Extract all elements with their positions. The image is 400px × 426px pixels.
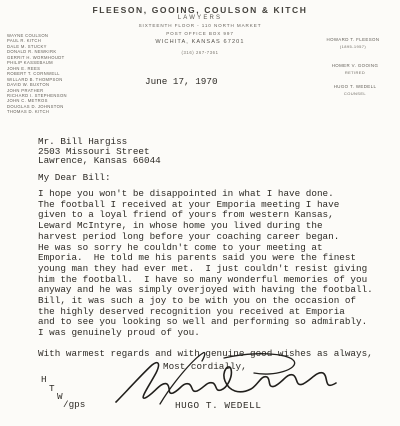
typist-initials: /gps — [63, 399, 85, 410]
reference-initial-w: W — [57, 391, 63, 402]
reference-initial-h: H — [41, 374, 47, 385]
letter-date: June 17, 1970 — [145, 77, 218, 88]
reference-initial-t: T — [49, 383, 55, 394]
firm-subtitle: LAWYERS — [0, 15, 400, 21]
notable-gooing: HOMER V. GOOING RETIRED — [312, 63, 398, 75]
attorney-roster: WAYNE COULSON PAUL R. KITCH DALE M. STUC… — [7, 33, 97, 115]
recipient-address: Mr. Bill Hargiss 2503 Missouri Street La… — [38, 137, 161, 166]
notable-wedell: HUGO T. WEDELL COUNSEL — [312, 84, 398, 96]
notable-note: RETIRED — [312, 70, 398, 75]
notable-name: HUGO T. WEDELL — [312, 84, 398, 89]
notable-note: COUNSEL — [312, 91, 398, 96]
notable-name: HOWARD T. FLEESON — [310, 37, 396, 42]
body-paragraph-1: I hope you won't be disappointed in what… — [38, 189, 383, 296]
notable-fleeson: HOWARD T. FLEESON (1895-1957) — [310, 37, 396, 49]
notable-name: HOMER V. GOOING — [312, 63, 398, 68]
typed-signer-name: HUGO T. WEDELL — [175, 401, 262, 412]
salutation: My Dear Bill: — [38, 173, 111, 184]
letter-page: FLEESON, GOOING, COULSON & KITCH LAWYERS… — [0, 0, 400, 426]
firm-name: FLEESON, GOOING, COULSON & KITCH — [0, 5, 400, 15]
notable-note: (1895-1957) — [310, 44, 396, 49]
firm-address-line1: SIXTEENTH FLOOR - 110 NORTH MARKET — [0, 23, 400, 28]
body-paragraph-2: Bill, it was such a joy to be with you o… — [38, 296, 383, 339]
